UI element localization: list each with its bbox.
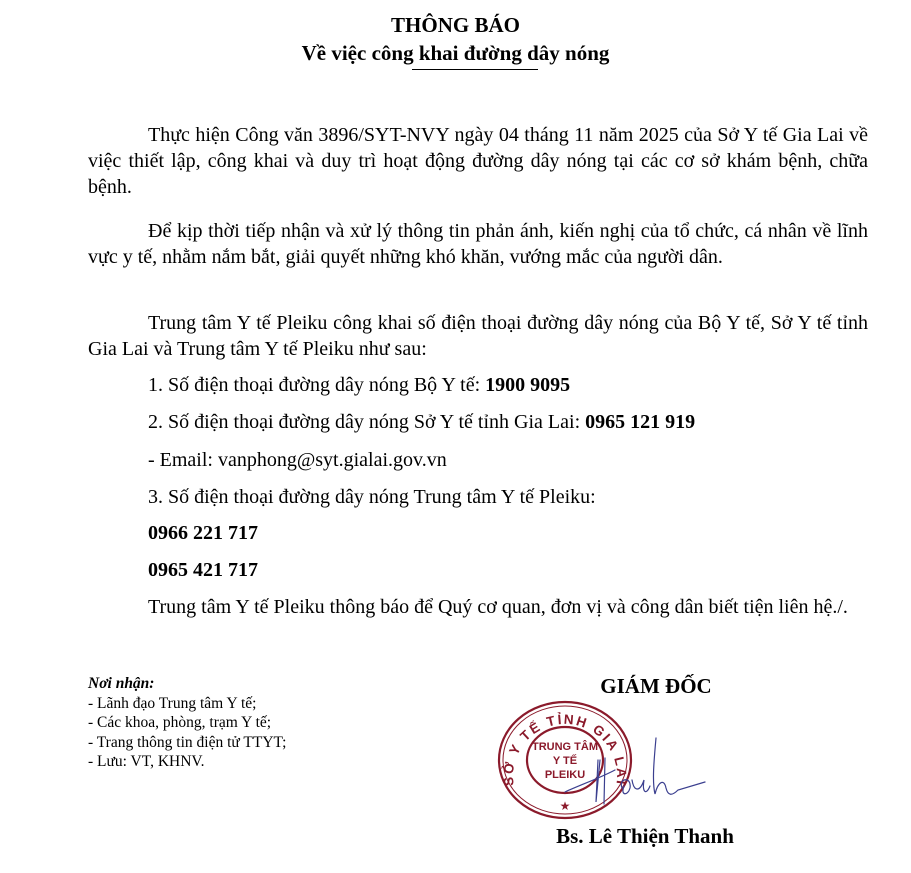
subtitle-underline [412, 69, 538, 70]
recipient-item: - Trang thông tin điện tử TTYT; [88, 733, 286, 753]
closing-text: Trung tâm Y tế Pleiku thông báo để Quý c… [88, 594, 868, 620]
signer-title: GIÁM ĐỐC [545, 672, 767, 700]
recipients-block: Nơi nhận: - Lãnh đạo Trung tâm Y tế; - C… [88, 674, 286, 772]
hotline-3-number-1: 0966 221 717 [148, 520, 258, 546]
hotline-item-3: 3. Số điện thoại đường dây nóng Trung tâ… [148, 484, 596, 510]
notice-title: THÔNG BÁO [0, 10, 911, 40]
hotline-2-label: 2. Số điện thoại đường dây nóng Sở Y tế … [148, 411, 585, 433]
hotline-1-number: 1900 9095 [485, 374, 570, 396]
paragraph-3-text: Trung tâm Y tế Pleiku công khai số điện … [88, 310, 868, 362]
closing-paragraph: Trung tâm Y tế Pleiku thông báo để Quý c… [88, 594, 868, 620]
recipients-heading: Nơi nhận: [88, 674, 286, 694]
hotline-1-label: 1. Số điện thoại đường dây nóng Bộ Y tế: [148, 374, 485, 396]
paragraph-1-text: Thực hiện Công văn 3896/SYT-NVY ngày 04 … [88, 122, 868, 200]
hotline-3-number-2: 0965 421 717 [148, 557, 258, 583]
paragraph-3: Trung tâm Y tế Pleiku công khai số điện … [88, 310, 868, 362]
recipient-item: - Lãnh đạo Trung tâm Y tế; [88, 694, 286, 714]
email-line: - Email: vanphong@syt.gialai.gov.vn [148, 447, 447, 473]
recipient-item: - Lưu: VT, KHNV. [88, 752, 286, 772]
paragraph-2-text: Để kịp thời tiếp nhận và xử lý thông tin… [88, 218, 868, 270]
signer-name: Bs. Lê Thiện Thanh [525, 822, 765, 850]
notice-subtitle: Về việc công khai đường dây nóng [0, 38, 911, 68]
hotline-item-2: 2. Số điện thoại đường dây nóng Sở Y tế … [148, 409, 695, 435]
paragraph-2: Để kịp thời tiếp nhận và xử lý thông tin… [88, 218, 868, 270]
hotline-2-number: 0965 121 919 [585, 411, 695, 433]
hotline-item-1: 1. Số điện thoại đường dây nóng Bộ Y tế:… [148, 372, 570, 398]
recipient-item: - Các khoa, phòng, trạm Y tế; [88, 713, 286, 733]
signature-icon [560, 730, 710, 810]
paragraph-1: Thực hiện Công văn 3896/SYT-NVY ngày 04 … [88, 122, 868, 200]
